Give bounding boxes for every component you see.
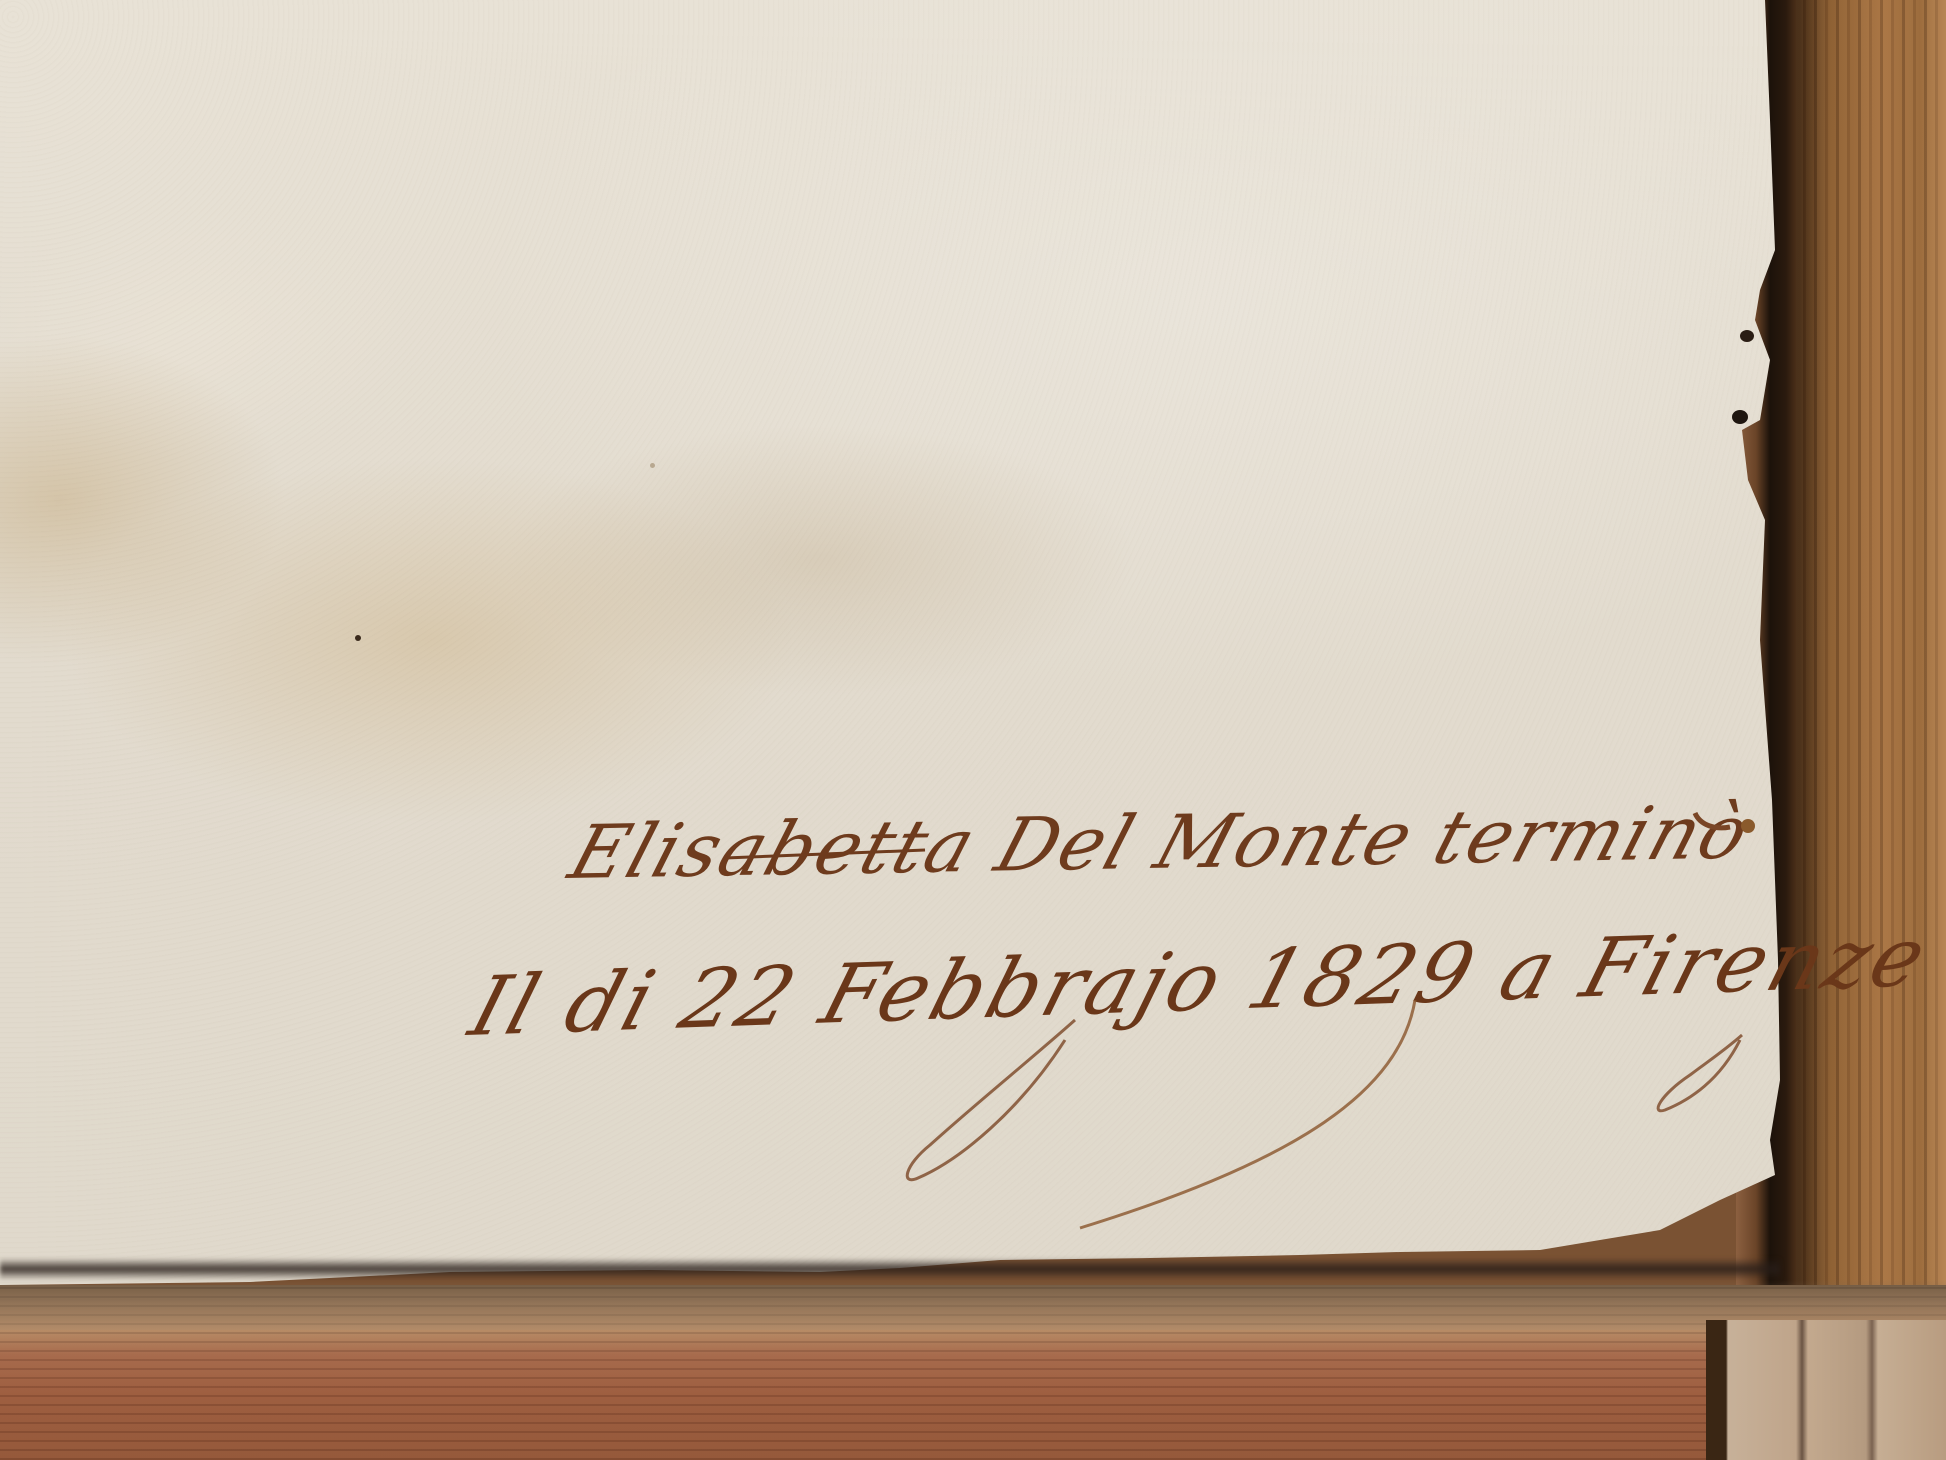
- frame-dust-edge: [0, 1280, 1946, 1330]
- frame-right-member: [1770, 0, 1946, 1460]
- inscription-line-2: Il di 22 Febbrajo 1829 a Firenze: [460, 910, 1939, 1055]
- photo-scene: Elisabetta Del Monte terminò Il di 22 Fe…: [0, 0, 1946, 1460]
- inscription-line-1: Elisabetta Del Monte terminò: [560, 790, 1761, 896]
- handwritten-inscription: Elisabetta Del Monte terminò Il di 22 Fe…: [0, 0, 1790, 1285]
- frame-corner-joint: [1706, 1320, 1946, 1460]
- pen-flourish-icon: [0, 0, 1790, 1285]
